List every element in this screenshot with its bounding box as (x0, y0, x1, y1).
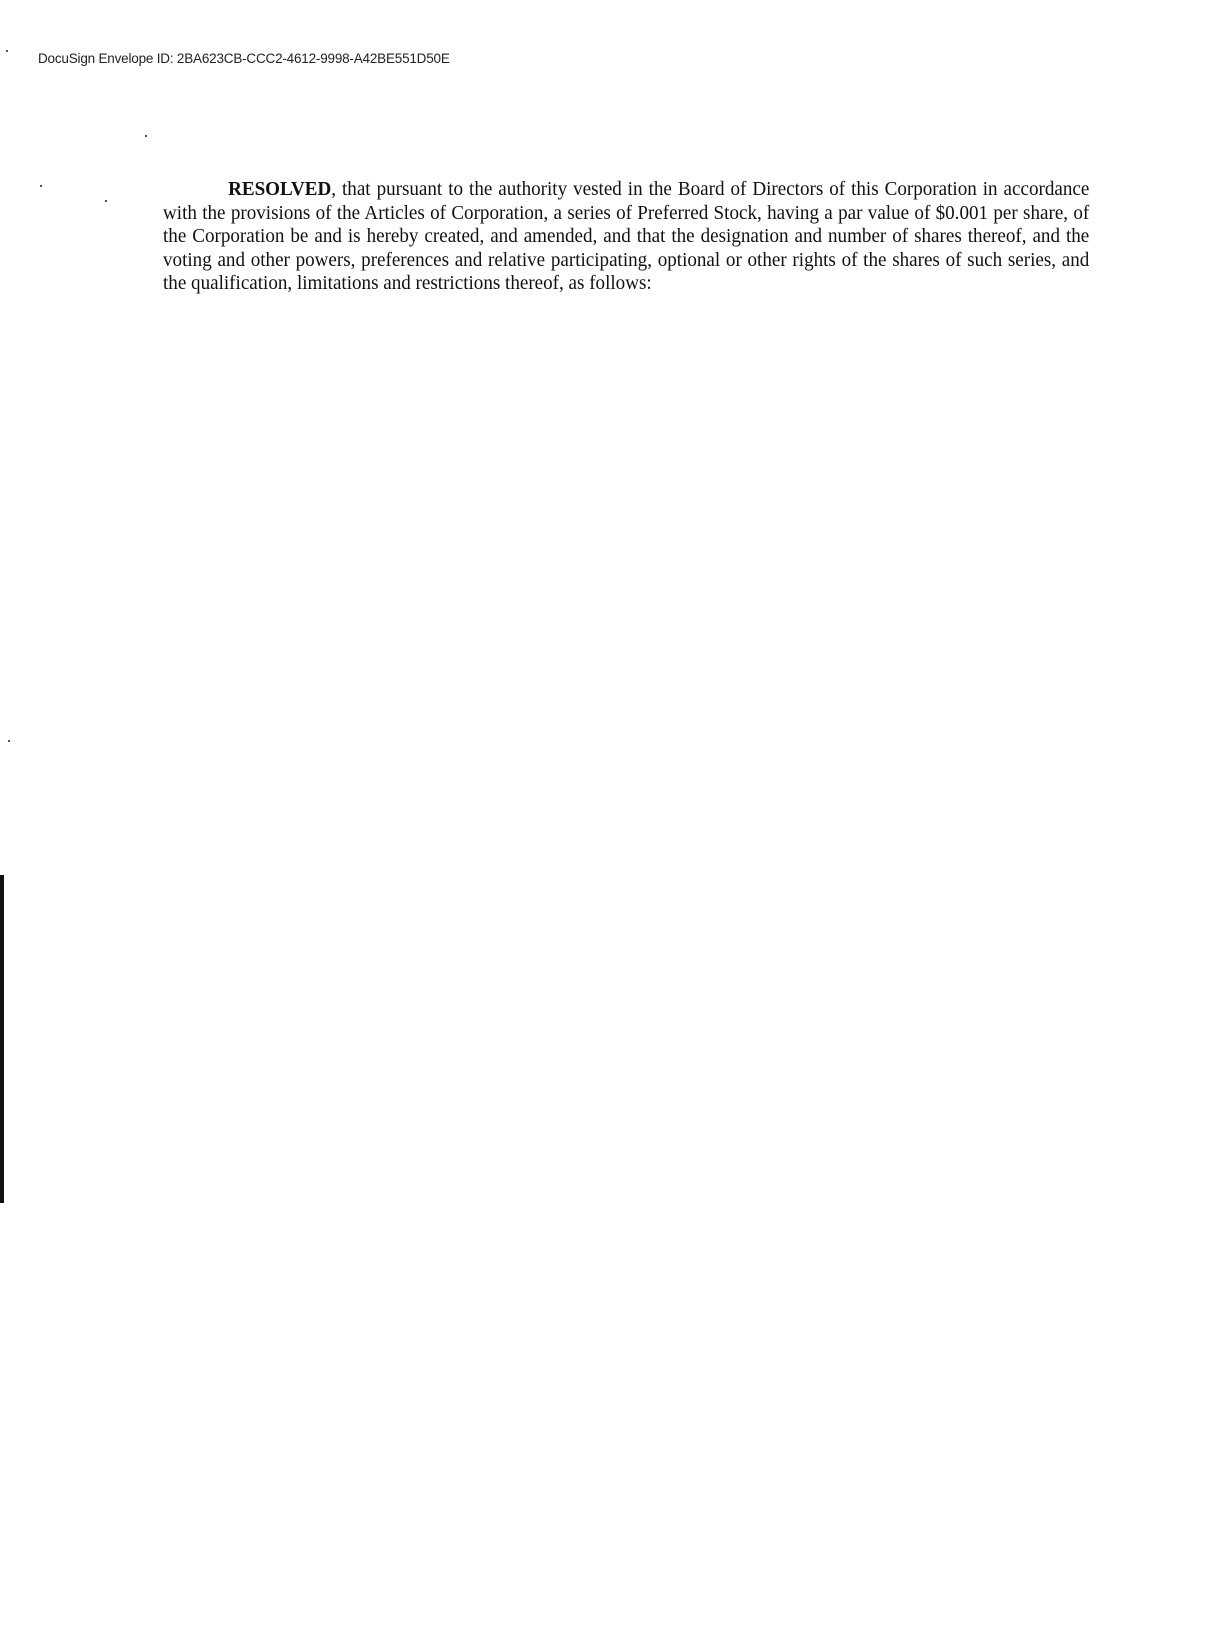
scan-edge-bar (0, 875, 4, 1203)
scan-speck (40, 185, 42, 187)
scan-speck (145, 135, 147, 137)
resolved-heading: RESOLVED (228, 178, 331, 200)
docusign-envelope-id: DocuSign Envelope ID: 2BA623CB-CCC2-4612… (38, 51, 450, 66)
scan-speck (105, 200, 107, 202)
scan-speck (6, 50, 8, 52)
resolution-paragraph: RESOLVED, that pursuant to the authority… (163, 178, 1089, 296)
scan-speck (8, 740, 10, 742)
